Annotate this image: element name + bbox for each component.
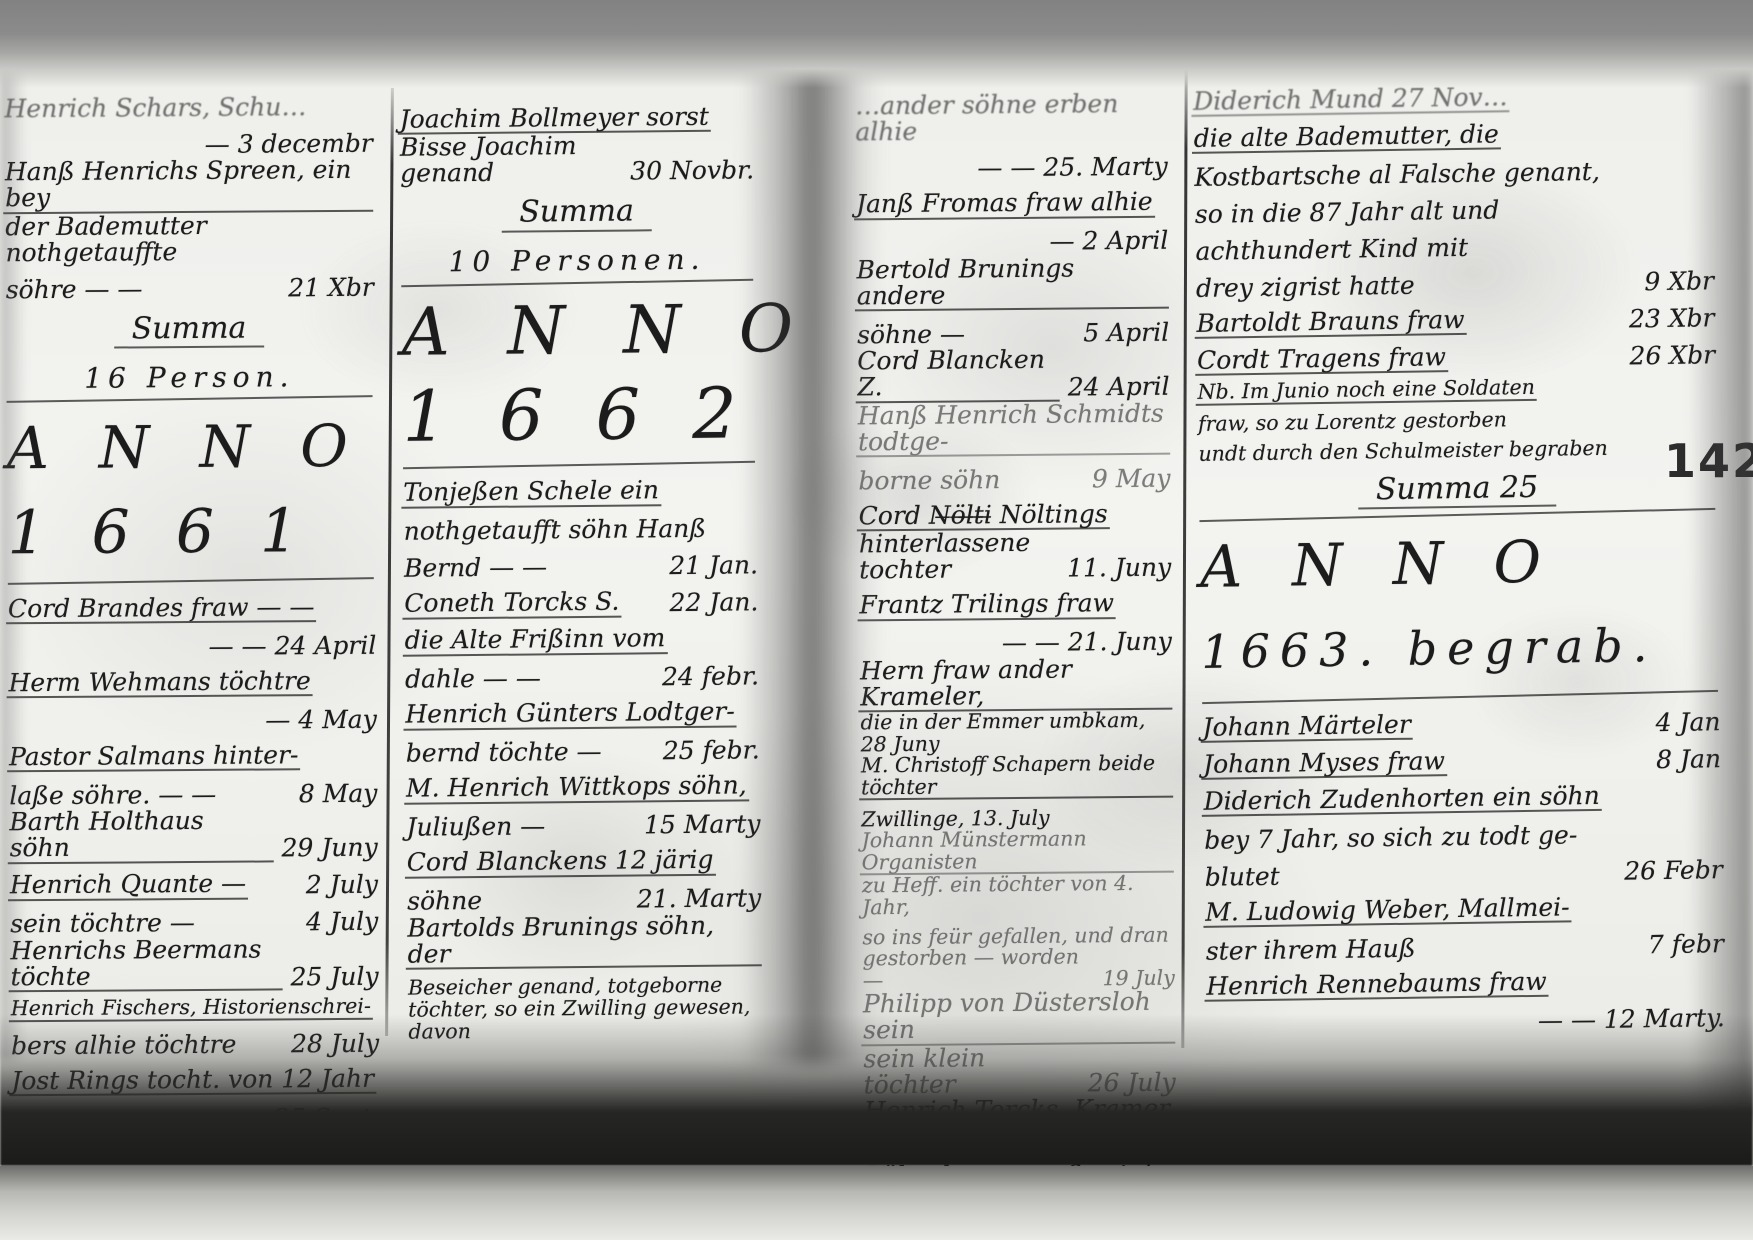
register-entry-line: die in der Emmer umbkam, 28 Juny bbox=[858, 710, 1172, 756]
entry-date: 24 April bbox=[1060, 374, 1170, 401]
register-entry-line: Zwillinge, 13. July bbox=[859, 798, 1173, 831]
entry-date: 5 April bbox=[1075, 319, 1169, 346]
summa-line: Summa bbox=[398, 184, 754, 233]
entry-text: Cord Brandes fraw — — bbox=[6, 594, 317, 624]
entry-date: 2 July bbox=[298, 872, 378, 899]
register-entry-line: Barth Holthaus söhn29 Juny bbox=[7, 807, 377, 864]
entry-text: ANNO bbox=[5, 415, 400, 479]
entry-text: Bisse Joachim genand bbox=[398, 133, 623, 188]
register-entry-line: Tonjeßen Schele ein bbox=[401, 468, 757, 508]
register-entry-line: 16 Person. bbox=[4, 347, 374, 394]
entry-text: achthundert Kind mit bbox=[1193, 235, 1470, 265]
page-bottom-shadow bbox=[0, 1014, 1753, 1166]
entry-date: 29 Juny bbox=[273, 835, 377, 862]
entry-text: Hern fraw ander Krameler, bbox=[858, 655, 1172, 712]
entry-text: Cord Blanckens 12 järig bbox=[405, 847, 716, 878]
scanner-bottom-strip bbox=[0, 1166, 1753, 1240]
register-entry-line: Herm Wehmans töchtre bbox=[6, 659, 376, 699]
register-entry-line: Juliußen —15 Marty bbox=[404, 801, 760, 841]
entry-text: blutet bbox=[1203, 863, 1282, 890]
register-entry-line: so ins feür gefallen, und dran bbox=[860, 916, 1174, 949]
register-entry-line: Cord Blancken Z.24 April bbox=[855, 346, 1169, 403]
entry-date: 9 May bbox=[1084, 465, 1171, 492]
register-entry-line: die Alte Frißinn vom bbox=[402, 616, 758, 656]
entry-text: Hanß Henrich Schmidts todtge- bbox=[856, 400, 1170, 457]
entry-text: M. Christoff Schapern beide töchter bbox=[859, 753, 1173, 801]
entry-text: Juliußen — bbox=[404, 814, 547, 842]
register-entry-line: söhne —5 April bbox=[855, 309, 1169, 349]
entry-text: Diderich Zudenhorten ein söhn bbox=[1201, 783, 1602, 817]
entry-date: 4 July bbox=[298, 909, 378, 936]
register-entry-line: M. Christoff Schapern beide töchter bbox=[859, 753, 1173, 801]
register-entry-line: Henrich Quante —2 July bbox=[8, 861, 378, 901]
register-entry-line: Hanß Henrich Schmidts todtge- bbox=[856, 400, 1170, 457]
entry-text: Hanß Henrichs Spreen, ein bey bbox=[3, 157, 373, 214]
entry-text: Bartoldt Brauns fraw bbox=[1194, 307, 1466, 339]
entry-text: 1663. begrab. bbox=[1199, 621, 1660, 676]
entry-date: — — 21. Juny bbox=[994, 629, 1172, 657]
register-entry-line: dahle — —24 febr. bbox=[403, 653, 759, 693]
register-entry-line: Bartolds Brunings söhn, der bbox=[405, 912, 762, 970]
register-entry-line: Coneth Torcks S.22 Jan. bbox=[402, 579, 758, 619]
entry-text: Summa 25 bbox=[1358, 471, 1557, 509]
column-divider-right-page bbox=[1181, 70, 1187, 1048]
entry-text: Henrich Schars, Schu… bbox=[2, 94, 308, 122]
entry-text: Kostbartsche al Falsche genant, bbox=[1192, 159, 1602, 191]
entry-text: 16 Person. bbox=[82, 362, 296, 393]
anno-heading: ANNO bbox=[1198, 516, 1719, 610]
entry-text: Barth Holthaus söhn bbox=[7, 807, 273, 863]
entry-date: 11. Juny bbox=[1059, 555, 1171, 582]
entry-date: — 4 May bbox=[257, 706, 377, 733]
register-entry-line: Bertold Brunings andere bbox=[854, 254, 1168, 311]
entry-text: Bertold Brunings andere bbox=[854, 254, 1168, 311]
entry-text: Cord Blancken Z. bbox=[855, 347, 1060, 403]
register-entry-line: — — 24 April bbox=[6, 622, 376, 662]
register-entry-line: hinterlassene tochter11. Juny bbox=[857, 529, 1171, 584]
register-entry-line: M. Henrich Wittkops söhn, bbox=[404, 764, 760, 804]
entry-text: Summa bbox=[114, 312, 265, 349]
register-entry-line: …ander söhne erben alhie bbox=[853, 91, 1167, 146]
entry-date: 30 Novbr. bbox=[622, 158, 754, 186]
register-entry-line: sein töchtre —4 July bbox=[8, 898, 378, 938]
register-entry-line: — — 25. Marty bbox=[853, 143, 1167, 183]
entry-text: M. Henrich Wittkops söhn, bbox=[404, 773, 749, 805]
register-entry-line: — — 21. Juny bbox=[858, 618, 1172, 658]
entry-text: die alte Bademutter, die bbox=[1192, 121, 1501, 154]
entry-text: Pastor Salmans hinter- bbox=[7, 742, 301, 772]
entry-date: — — 24 April bbox=[201, 632, 377, 659]
entry-text: zu Heff. ein töchter von 4. Jahr, bbox=[860, 873, 1174, 919]
entry-text: gestorben — worden — bbox=[860, 946, 1094, 991]
entry-text: Joachim Bollmeyer sorst bbox=[398, 103, 711, 134]
register-entry-line: Pastor Salmans hinter- bbox=[7, 733, 377, 773]
register-entry-line: Hanß Henrichs Spreen, ein bey bbox=[3, 157, 373, 214]
entry-text: 1662 bbox=[400, 377, 791, 454]
register-entry-line: Henrichs Beermans töchte25 July bbox=[8, 935, 378, 992]
entry-text: 10 Personen. bbox=[446, 245, 707, 277]
entry-text: Henrich Quante — bbox=[8, 871, 248, 901]
entry-date: 21 Xbr bbox=[280, 274, 374, 301]
entry-text: Bernd — — bbox=[402, 555, 549, 583]
entry-text: bey 7 Jahr, so sich zu todt ge- bbox=[1202, 822, 1579, 854]
anno-heading: ANNO bbox=[399, 286, 756, 375]
column-divider-left-page bbox=[385, 88, 394, 1036]
entry-text: Herm Wehmans töchtre bbox=[6, 668, 312, 698]
entry-text: Henrich Rennebaums fraw bbox=[1204, 968, 1549, 1001]
entry-text: die Alte Frißinn vom bbox=[403, 625, 668, 656]
register-entry-line: söhre — —21 Xbr bbox=[4, 264, 374, 304]
anno-heading: ANNO bbox=[5, 403, 376, 492]
entry-text: Janß Fromas fraw alhie bbox=[854, 189, 1155, 220]
entry-text: Johann Myses fraw bbox=[1201, 748, 1447, 780]
register-entry-line: ster ihrem Hauß7 febr bbox=[1203, 920, 1723, 965]
register-entry-line: — 3 decembr bbox=[3, 120, 373, 160]
register-entry-line: Janß Fromas fraw alhie bbox=[854, 180, 1168, 220]
register-entry-line: nothgetaufft söhn Hanß bbox=[401, 505, 757, 545]
entry-text: Coneth Torcks S. bbox=[402, 589, 621, 619]
summa-line: Summa 25 bbox=[1197, 458, 1718, 512]
entry-text: hinterlassene tochter bbox=[857, 530, 1059, 584]
entry-text: Tonjeßen Schele ein bbox=[401, 477, 661, 508]
register-entry-line: Henrich Günters Lodtger- bbox=[403, 690, 759, 730]
entry-text: Johann Märteler bbox=[1200, 711, 1413, 742]
entry-text: nothgetaufft söhn Hanß bbox=[402, 516, 709, 545]
entry-text: Diderich Mund 27 Nov… bbox=[1191, 84, 1510, 117]
register-entry-line: Cord Brandes fraw — — bbox=[6, 585, 376, 625]
entry-text: M. Ludowig Weber, Mallmei- bbox=[1203, 894, 1572, 928]
entry-text: die in der Emmer umbkam, 28 Juny bbox=[858, 710, 1172, 756]
entry-text: Summa bbox=[501, 195, 652, 232]
register-entry-line: Henrich Schars, Schu… bbox=[2, 83, 372, 123]
entry-text: so in die 87 Jahr alt und bbox=[1193, 197, 1502, 228]
entry-text: der Bademutter nothgetauffte bbox=[3, 211, 373, 266]
register-entry-line: laße söhre. — —8 May bbox=[7, 770, 377, 810]
entry-text: ster ihrem Hauß bbox=[1204, 935, 1418, 964]
register-entry-line: Cord Blanckens 12 järig bbox=[405, 838, 761, 878]
register-entry-line: der Bademutter nothgetauffte bbox=[3, 211, 373, 266]
entry-text: Frantz Trilings fraw bbox=[857, 590, 1116, 621]
entry-text: Cordt Tragens fraw bbox=[1195, 344, 1448, 376]
anno-year: 1662 bbox=[400, 372, 757, 459]
register-entry-line: Joachim Bollmeyer sorst bbox=[397, 94, 753, 134]
entry-text: Bartolds Brunings söhn, der bbox=[405, 912, 762, 970]
entry-text: sein töchtre — bbox=[8, 910, 197, 938]
entry-text: söhne bbox=[405, 888, 484, 915]
register-entry-line: Cord N̶ö̶l̶t̶i̶ Nöltings bbox=[857, 492, 1171, 532]
entry-text: Henrich Günters Lodtger- bbox=[403, 699, 737, 730]
column-anno-1662-start: Joachim Bollmeyer sorstBisse Joachim gen… bbox=[397, 94, 762, 1042]
entry-date: 8 May bbox=[291, 780, 378, 807]
register-entry-line: bernd töchte —25 febr. bbox=[404, 727, 760, 767]
book-gutter-shadow bbox=[742, 55, 882, 1065]
register-entry-line: — 4 May bbox=[7, 696, 377, 736]
right-page-edge-shadow bbox=[1689, 0, 1753, 1120]
register-entry-line: borne söhn9 May bbox=[856, 455, 1170, 495]
entry-date: 25 July bbox=[282, 963, 378, 990]
register-entry-line: 10 Personen. bbox=[399, 230, 755, 277]
entry-text: drey zigrist hatte bbox=[1194, 272, 1417, 302]
register-entry-line: Johann Münstermann Organisten bbox=[859, 828, 1173, 876]
entry-date: — — 25. Marty bbox=[969, 154, 1167, 182]
entry-text: Henrichs Beermans töchte bbox=[8, 936, 282, 992]
entry-text: …ander söhne erben alhie bbox=[853, 91, 1167, 146]
column-anno-1660-end-and-1661: Henrich Schars, Schu…— 3 decembrHanß Hen… bbox=[2, 83, 379, 1134]
entry-text: Johann Münstermann Organisten bbox=[859, 828, 1173, 876]
register-entry-line: Hern fraw ander Krameler, bbox=[858, 655, 1172, 712]
summa-line: Summa bbox=[4, 301, 374, 350]
register-entry-line: söhne21. Marty bbox=[405, 875, 761, 915]
register-entry-line: Bisse Joachim genand30 Novbr. bbox=[398, 131, 754, 187]
register-entry-line: — 2 April bbox=[854, 217, 1168, 257]
entry-text: ANNO bbox=[1198, 531, 1594, 598]
entry-date: — 3 decembr bbox=[197, 130, 373, 157]
scanner-top-band bbox=[0, 0, 1753, 88]
entry-text: dahle — — bbox=[403, 666, 543, 694]
register-entry-line: Frantz Trilings fraw bbox=[857, 581, 1171, 621]
scanned-burial-register-spread: Henrich Schars, Schu…— 3 decembrHanß Hen… bbox=[0, 0, 1753, 1240]
register-entry-line: Bernd — —21 Jan. bbox=[402, 542, 758, 582]
anno-year: 1661 bbox=[5, 489, 376, 576]
anno-year: 1663. begrab. bbox=[1199, 602, 1720, 694]
entry-text: 1661 bbox=[5, 499, 346, 564]
column-anno-1663: Diderich Mund 27 Nov…die alte Bademutter… bbox=[1191, 72, 1725, 1039]
entry-text: bernd töchte — bbox=[404, 739, 604, 767]
register-entry-line: Cordt Tragens fraw26 Xbr bbox=[1195, 331, 1715, 376]
left-page-edge-shadow bbox=[0, 60, 26, 1060]
register-entry-line: zu Heff. ein töchter von 4. Jahr, bbox=[860, 873, 1174, 919]
entry-date: — 2 April bbox=[1041, 228, 1168, 255]
register-entry-line: gestorben — worden —19 July bbox=[860, 946, 1174, 992]
entry-text: Cord N̶ö̶l̶t̶i̶ Nöltings bbox=[857, 501, 1110, 531]
